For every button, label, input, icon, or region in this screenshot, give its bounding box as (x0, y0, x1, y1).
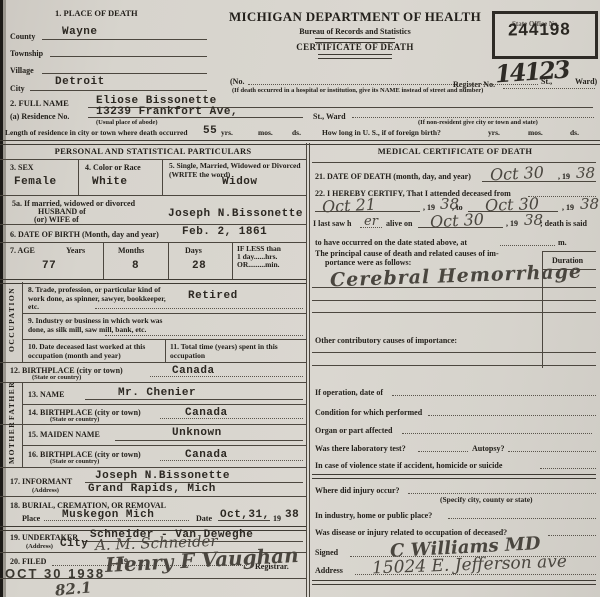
attended-from-line (315, 211, 420, 212)
last-saw-19-token: , 19 (506, 219, 518, 228)
cause-line-2 (312, 300, 596, 301)
sex-row-top (0, 159, 306, 160)
residence-line (88, 117, 303, 118)
condition-label: Condition for which performed (315, 408, 422, 417)
st-ward-label: St., Ward (313, 112, 346, 121)
physician-address-line (355, 574, 596, 575)
register-line (503, 88, 595, 89)
occurred-label: to have occurred on the date stated abov… (315, 238, 467, 247)
sex-label: 3. SEX (10, 163, 34, 172)
father-bp-line (160, 418, 303, 419)
father-name-label: 13. NAME (28, 390, 64, 399)
total-time-label: 11. Total time (years) spent in this occ… (170, 343, 285, 360)
death-certificate-scan: 1. PLACE OF DEATH County Wayne Township … (0, 0, 600, 597)
village-line (42, 73, 207, 74)
nonresident-note: (If non-resident give city or town and s… (418, 119, 538, 126)
us-mos-label: mos. (528, 129, 543, 138)
birthplace-subnote: (State or country) (32, 374, 81, 381)
attended-to-year: 38 (580, 195, 599, 213)
dob-label: 6. DATE OF BIRTH (Month, day and year) (10, 230, 159, 239)
trade-row-bottom (22, 313, 306, 314)
full-name-label: 2. FULL NAME (10, 99, 69, 109)
undertaker-address-paren: (Address) (26, 543, 53, 550)
maiden-name-value: Unknown (172, 427, 222, 439)
length-mos-label: mos. (258, 129, 273, 138)
birthplace-line (150, 376, 303, 377)
undertaker-city-value: City (60, 538, 88, 550)
age-label: 7. AGE (10, 246, 35, 255)
race-marital-divider (162, 159, 163, 195)
father-block-bottom (0, 424, 306, 425)
injury-where-line (408, 493, 596, 494)
length-residence-label: Length of residence in city or town wher… (5, 129, 188, 138)
father-bp-subnote: (State or country) (50, 416, 99, 423)
ward-label: Ward) (575, 77, 597, 86)
operation-line (392, 395, 596, 396)
mother-strip-divider (22, 424, 23, 468)
filed-label: 20. FILED (10, 557, 46, 566)
length-ds-label: ds. (292, 129, 301, 138)
lab-test-line (418, 451, 468, 452)
last-saw-line (418, 227, 503, 228)
industry-label: 9. Industry or business in which work wa… (28, 317, 178, 334)
father-name-line (85, 399, 303, 400)
informant-address-line (0, 496, 306, 497)
violence-section-rule (312, 474, 596, 479)
length-years-value: 55 (203, 125, 217, 137)
sex-row-bottom (0, 195, 306, 196)
alive-on-label: alive on (386, 219, 412, 228)
informant-address-paren: (Address) (32, 487, 59, 494)
city-label: City (10, 84, 25, 93)
cause-line-3 (312, 312, 596, 313)
operation-label: If operation, date of (315, 388, 383, 397)
principal-cause-line2: portance were as follows: (325, 258, 411, 267)
maiden-name-line (115, 440, 303, 441)
medical-section-title: MEDICAL CERTIFICATE OF DEATH (310, 147, 600, 157)
injury-where-label: Where did injury occur? (315, 486, 400, 495)
physician-address-label: Address (315, 566, 343, 575)
no-line (248, 84, 538, 85)
duration-box-top (542, 251, 596, 252)
last-worked-label: 10. Date deceased last worked at this oc… (28, 343, 163, 360)
age-months-head: Months (118, 246, 144, 255)
dob-row-bottom (0, 242, 306, 243)
county-line (42, 39, 207, 40)
age-days-value: 28 (192, 260, 206, 272)
organ-line (402, 433, 592, 434)
column-divider-2 (309, 143, 310, 597)
certificate-rule (318, 54, 392, 59)
dob-value: Feb. 2, 1861 (182, 226, 267, 238)
county-value: Wayne (62, 26, 98, 38)
occ-10-11-divider (165, 339, 166, 362)
dod-line (482, 181, 596, 182)
race-value: White (92, 176, 128, 188)
contributory-line-1 (312, 352, 596, 353)
industry-home-label: In industry, home or public place? (315, 511, 432, 520)
if-less-line3: OR.........min. (237, 261, 280, 270)
lab-test-label: Was there laboratory test? (315, 444, 406, 453)
wife-of-label: (or) WIFE of (34, 215, 79, 224)
city-value: Detroit (55, 76, 105, 88)
birthplace-row-bottom (0, 382, 306, 383)
us-yrs-label: yrs. (488, 129, 500, 138)
mother-bp-line (160, 460, 303, 461)
margin-note: 82.1 (54, 578, 92, 597)
no-paren-label: (No. (230, 77, 244, 86)
principal-cause-line1: The principal cause of death and related… (315, 249, 499, 258)
hospital-note: (If death occurred in a hospital or inst… (232, 87, 483, 94)
state-office-number: 244198 (508, 19, 571, 40)
father-name-value: Mr. Chenier (118, 387, 196, 399)
st-label: St., (541, 77, 552, 86)
township-label: Township (10, 49, 43, 58)
burial-date-line (218, 520, 270, 521)
father-side-label: FATHER (7, 388, 16, 420)
age-row-bottom (0, 279, 306, 284)
date-of-death-label: 21. DATE OF DEATH (month, day, and year) (315, 172, 471, 181)
age-div-1 (103, 242, 104, 280)
violence-line (540, 468, 596, 469)
burial-place-label: Place (22, 514, 40, 523)
burial-year-prefix: 19 (273, 514, 281, 523)
autopsy-label: Autopsy? (472, 444, 504, 453)
burial-date-label: Date (196, 514, 212, 523)
place-of-death-label: 1. PLACE OF DEATH (55, 9, 138, 19)
signed-label: Signed (315, 548, 338, 557)
header-bottom-rule (0, 140, 600, 145)
occupation-strip-divider (22, 282, 23, 362)
city-line (30, 90, 207, 91)
dod-year-value: 38 (576, 164, 595, 182)
organ-label: Organ or part affected (315, 426, 392, 435)
disease-occupation-line (548, 535, 596, 536)
personal-section-title: PERSONAL AND STATISTICAL PARTICULARS (0, 147, 306, 157)
contributory-line-2 (312, 365, 596, 366)
dod-19-token: , 19 (558, 172, 570, 181)
us-ds-label: ds. (570, 129, 579, 138)
violence-label: In case of violence state if accident, h… (315, 461, 502, 470)
industry-row-bottom (22, 339, 306, 340)
autopsy-line (508, 451, 596, 452)
age-div-3 (232, 242, 233, 280)
death-said-label: ; death is said (540, 219, 587, 228)
village-label: Village (10, 66, 34, 75)
informant-address-value: Grand Rapids, Mich (88, 483, 216, 495)
sex-race-divider (78, 159, 79, 195)
specify-note: (Specify city, county or state) (440, 496, 533, 505)
mother-bp-subnote: (State or country) (50, 458, 99, 465)
burial-year-value: 38 (285, 509, 299, 521)
marital-value: Widow (222, 176, 258, 188)
maiden-row-bottom (22, 445, 306, 446)
occurred-m-token: m. (558, 238, 567, 247)
age-years-value: 77 (42, 260, 56, 272)
attended-19-token: , 19 (423, 203, 435, 212)
informant-value: Joseph N.Bissonette (95, 470, 230, 482)
contributory-label: Other contributory causes of importance: (315, 336, 457, 345)
attended-to-19-token: , 19 (562, 203, 574, 212)
scan-edge-left2 (3, 0, 6, 597)
last-saw-pre-label: I last saw h (313, 219, 351, 228)
cause-line-1 (312, 287, 596, 288)
industry-line (105, 335, 303, 336)
st-ward-line (352, 117, 594, 118)
age-years-head: Years (66, 246, 85, 255)
trade-value: Retired (188, 290, 238, 302)
occupation-side-label: OCCUPATION (7, 290, 16, 352)
certificate-title: CERTIFICATE OF DEATH (225, 42, 485, 52)
father-name-row-bottom (22, 404, 306, 405)
industry-home-line (448, 518, 596, 519)
age-div-2 (168, 242, 169, 280)
column-divider-1 (306, 143, 307, 597)
how-long-us-label: How long in U. S., if of foreign birth? (322, 129, 441, 138)
abode-note: (Usual place of abode) (96, 119, 158, 126)
bureau-subtitle: Bureau of Records and Statistics (225, 27, 485, 36)
trade-line (95, 308, 303, 309)
burial-place-line (44, 520, 189, 521)
medical-top-rule (312, 162, 596, 163)
spouse-row-bottom (0, 224, 306, 225)
informant-label: 17. INFORMANT (10, 477, 72, 486)
right-bottom-rule (312, 580, 596, 585)
occupation-block-bottom (0, 362, 306, 363)
mother-side-label: MOTHER (7, 430, 16, 464)
filed-bottom-line (0, 578, 306, 579)
last-saw-er-line (360, 227, 382, 228)
length-yrs-label: yrs. (221, 129, 233, 138)
dept-title: MICHIGAN DEPARTMENT OF HEALTH (225, 10, 485, 25)
last-saw-date-value: Oct 30 (430, 210, 485, 232)
race-label: 4. Color or Race (85, 163, 141, 172)
age-months-value: 8 (132, 260, 139, 272)
sex-value: Female (14, 176, 57, 188)
mother-block-bottom (0, 467, 306, 468)
township-line (50, 56, 207, 57)
age-days-head: Days (185, 246, 202, 255)
spouse-value: Joseph N.Bissonette (168, 208, 303, 220)
condition-line (428, 415, 596, 416)
occurred-line (500, 245, 555, 246)
county-label: County (10, 32, 35, 41)
residence-label: (a) Residence No. (10, 112, 69, 121)
maiden-name-label: 15. MAIDEN NAME (28, 430, 100, 439)
